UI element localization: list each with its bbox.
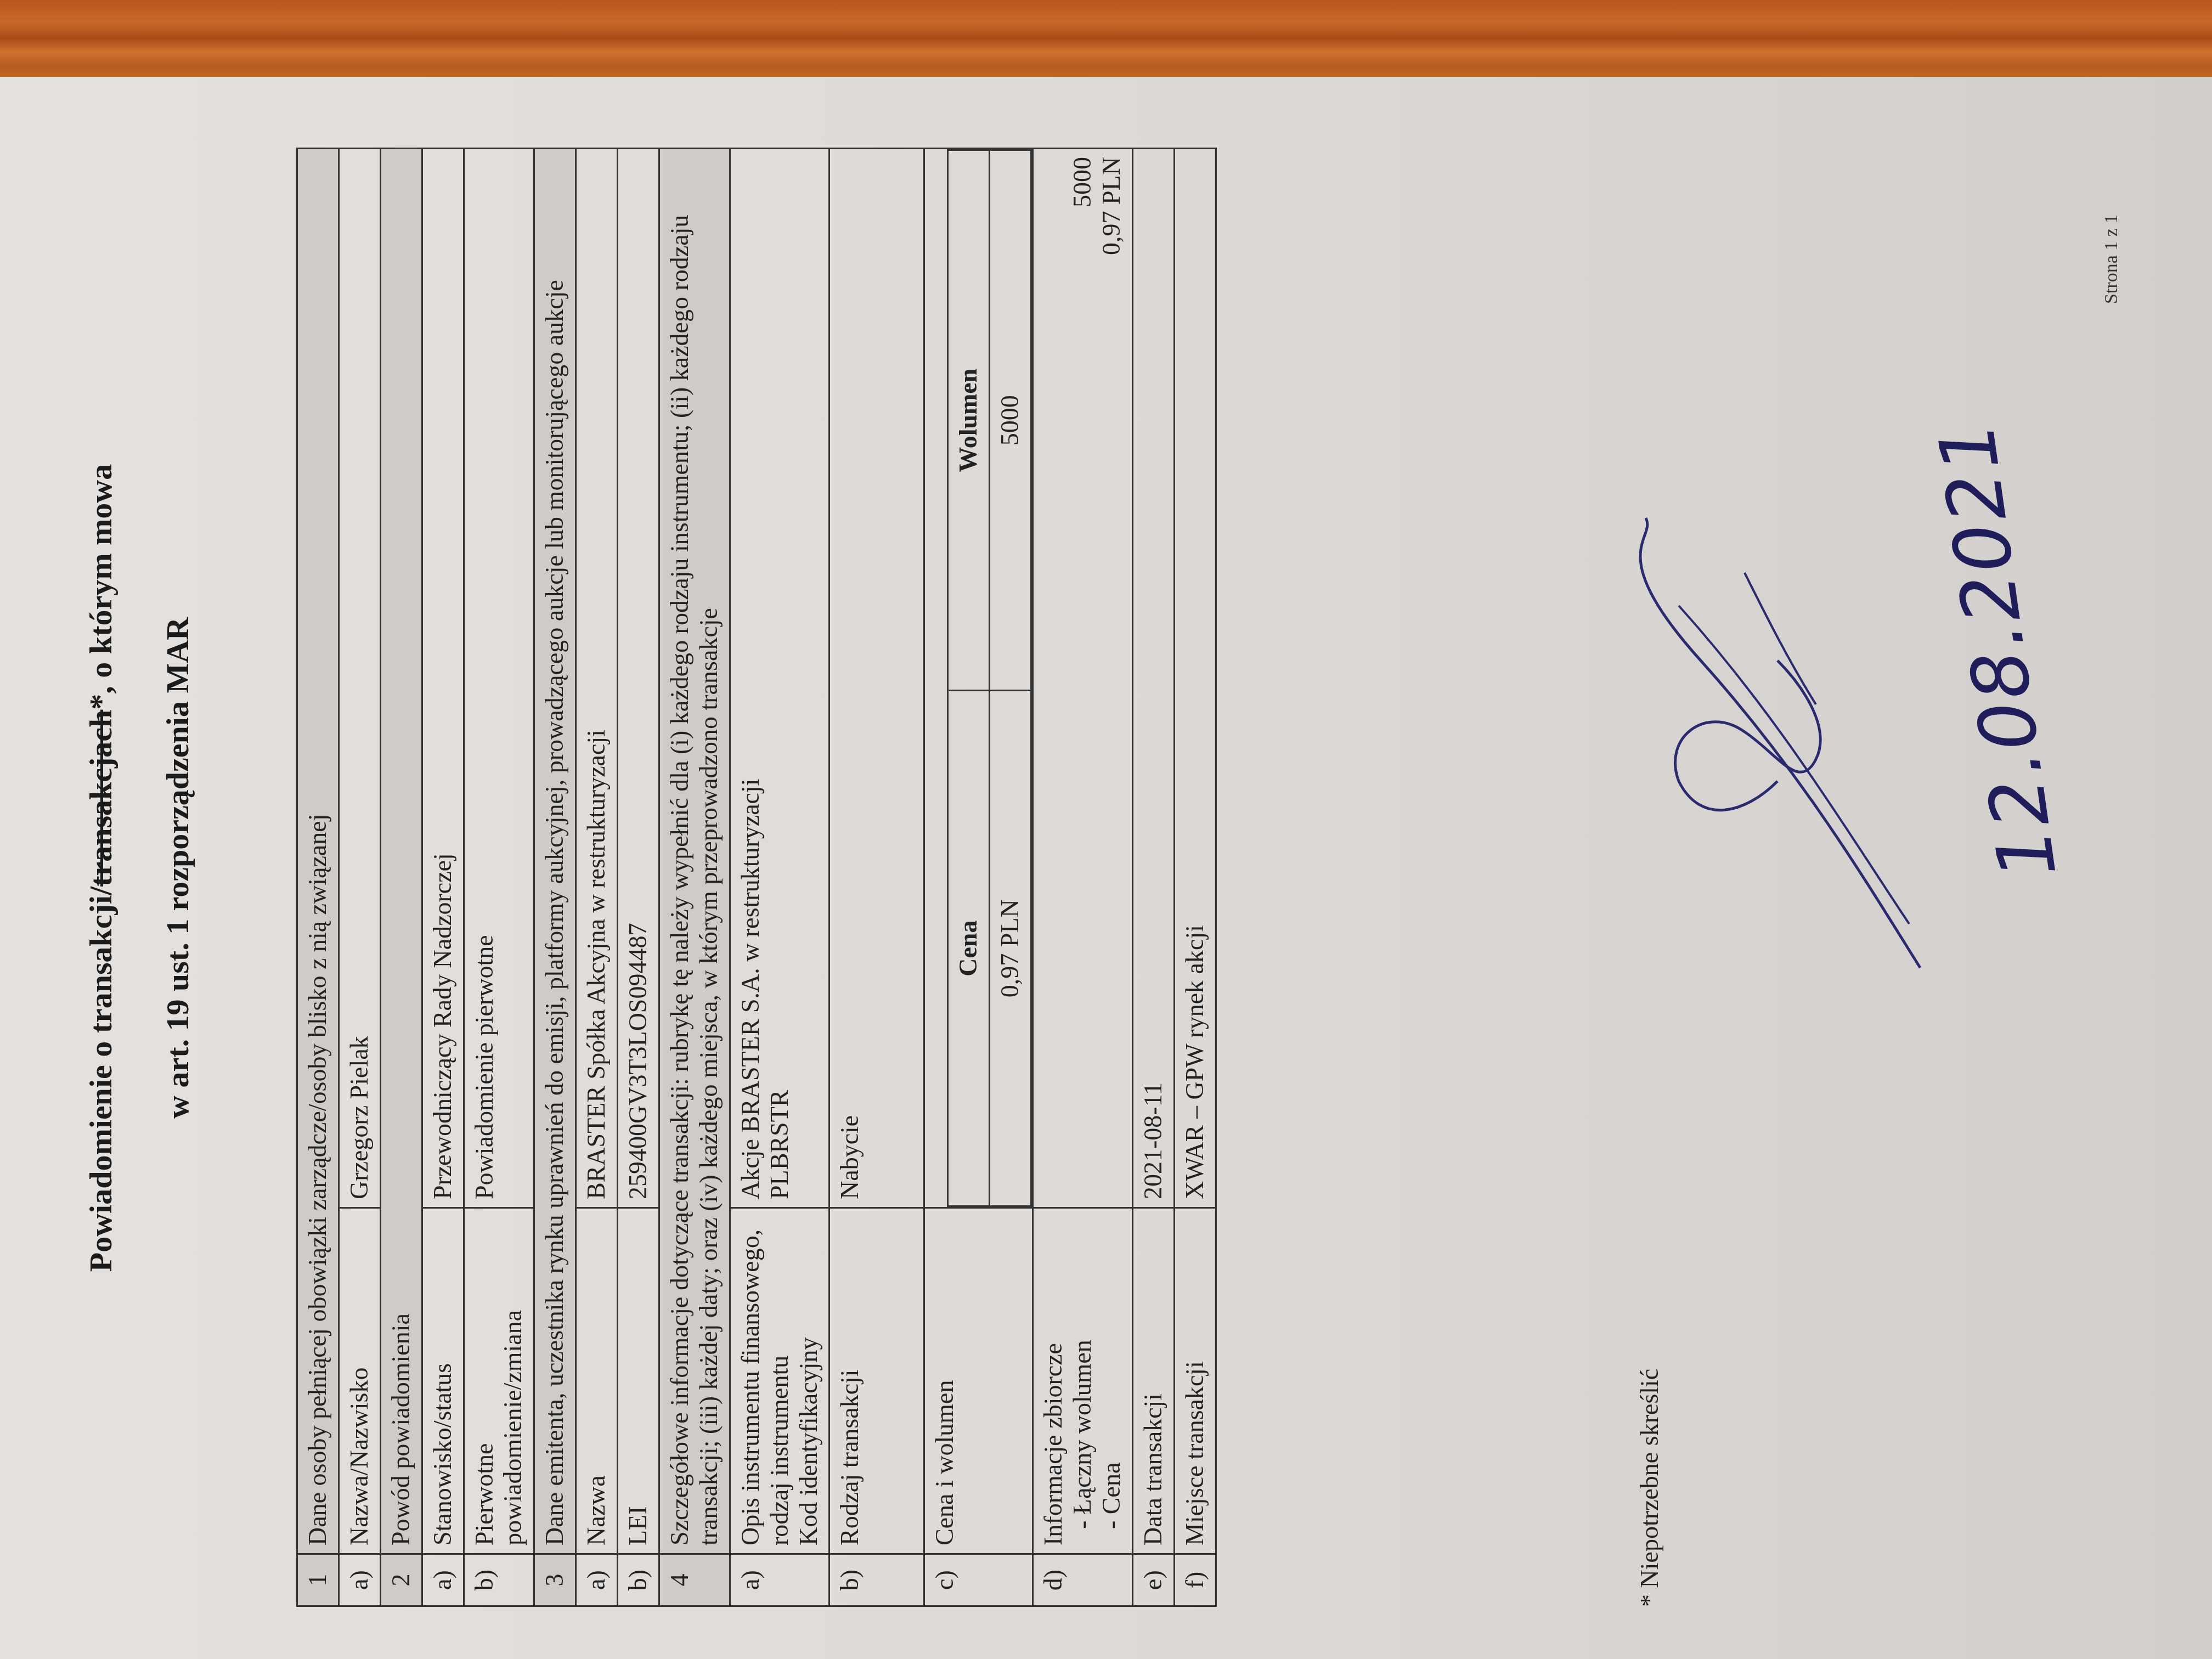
paper-sheet: Powiadomienie o transakcji/transakcjach*… [0,77,2212,1659]
price-value: 0,97 PLN [990,691,1031,1206]
row-letter: e) [1132,1554,1174,1606]
row-label: Data transakcji [1132,1208,1174,1554]
row-value: 259400GV3T3LOS094487 [618,149,659,1208]
page-number: Strona 1 z 1 [2101,215,2122,304]
table-row: a) Opis instrumentu finansowego, rodzaj … [730,149,830,1606]
row-label: Informacje zbiorcze - Łączny wolumen - C… [1033,1208,1133,1554]
row-letter: a) [576,1554,618,1606]
table-row: f) Miejsce transakcji XWAR – GPW rynek a… [1174,149,1216,1606]
row-value: Przewodniczący Rady Nadzorczej [422,149,464,1208]
row-label: Rodzaj transakcji [830,1208,924,1554]
footnote: * Niepotrzebne skreślić [1635,1369,1664,1607]
section-4-header: 4 Szczegółowe informacje dotyczące trans… [659,149,730,1606]
row-letter: f) [1174,1554,1216,1606]
row-letter: b) [618,1554,659,1606]
section-heading: Dane osoby pełniącej obowiązki zarządcze… [297,149,339,1554]
row-label: Nazwa [576,1208,618,1554]
row-label: Pierwotne powiadomienie/zmiana [464,1208,534,1554]
row-letter: a) [422,1554,464,1606]
table-row: e) Data transakcji 2021-08-11 [1132,149,1174,1606]
signature-icon [1635,496,1942,990]
handwritten-date: 12.08.2021 [1921,414,2074,884]
row-label: LEI [618,1208,659,1554]
row-letter: c) [924,1554,1033,1606]
table-row: b) Rodzaj transakcji Nabycie [830,149,924,1606]
row-label: Stanowisko/status [422,1208,464,1554]
volume-value: 5000 [990,150,1031,691]
aggregate-label: Informacje zbiorcze [1039,1216,1068,1545]
section-1-header: 1 Dane osoby pełniącej obowiązki zarządc… [297,149,339,1606]
row-value: 2021-08-11 [1132,149,1174,1208]
table-row: a) Nazwa BRASTER Spółka Akcyjna w restru… [576,149,618,1606]
section-2-header: 2 Powód powiadomienia [380,149,422,1606]
row-letter: a) [730,1554,830,1606]
table-row: a) Stanowisko/status Przewodniczący Rady… [422,149,464,1606]
row-letter: d) [1033,1554,1133,1606]
title-suffix: *, o którym mowa [83,464,119,710]
price-label: - Cena [1097,1216,1126,1545]
row-value: Nabycie [830,149,924,1208]
row-value: Grzegorz Pielak [338,149,380,1208]
notification-form-table: 1 Dane osoby pełniącej obowiązki zarządc… [296,148,1217,1607]
row-value: 5000 0,97 PLN [1033,149,1133,1208]
row-letter: a) [338,1554,380,1606]
section-heading: Szczegółowe informacje dotyczące transak… [659,149,730,1554]
row-value: XWAR – GPW rynek akcji [1174,149,1216,1208]
section-3-header: 3 Dane emitenta, uczestnika rynku uprawn… [534,149,576,1606]
volume-header: Wolumen [948,150,990,691]
price-header: Cena [948,691,990,1206]
row-value: Powiadomienie pierwotne [464,149,534,1208]
aggregate-price-value: 0,97 PLN [1097,157,1126,1199]
row-value: Akcje BRASTER S.A. w restrukturyzacji PL… [730,149,830,1208]
row-label: Cena i wolumen [924,1208,1033,1554]
title-struck-word: transakcjach [83,710,119,887]
table-row: a) Nazwa/Nazwisko Grzegorz Pielak [338,149,380,1606]
rotated-page: Powiadomienie o transakcji/transakcjach*… [0,77,2212,1659]
section-heading: Dane emitenta, uczestnika rynku uprawnie… [534,149,576,1554]
section-number: 2 [380,1554,422,1606]
total-volume-value: 5000 [1068,157,1097,1199]
section-heading: Powód powiadomienia [380,149,422,1554]
table-row-aggregate: d) Informacje zbiorcze - Łączny wolumen … [1033,149,1133,1606]
table-row-price-volume: c) Cena i wolumen Cena Wolumen 0,97 PLN … [924,149,1033,1606]
price-volume-table: Cena Wolumen 0,97 PLN 5000 [947,149,1032,1207]
document-title: Powiadomienie o transakcji/transakcjach*… [82,77,119,1659]
row-label: Nazwa/Nazwisko [338,1208,380,1554]
section-number: 4 [659,1554,730,1606]
section-number: 3 [534,1554,576,1606]
row-label: Opis instrumentu finansowego, rodzaj ins… [730,1208,830,1554]
total-volume-label: - Łączny wolumen [1068,1216,1097,1545]
row-letter: b) [830,1554,924,1606]
row-value: BRASTER Spółka Akcyjna w restrukturyzacj… [576,149,618,1208]
row-letter: b) [464,1554,534,1606]
table-row: b) Pierwotne powiadomienie/zmiana Powiad… [464,149,534,1606]
section-number: 1 [297,1554,339,1606]
document-subtitle: w art. 19 ust. 1 rozporządzenia MAR [159,77,196,1659]
row-label: Miejsce transakcji [1174,1208,1216,1554]
table-row: b) LEI 259400GV3T3LOS094487 [618,149,659,1606]
title-prefix: Powiadomienie o transakcji/ [83,887,119,1272]
